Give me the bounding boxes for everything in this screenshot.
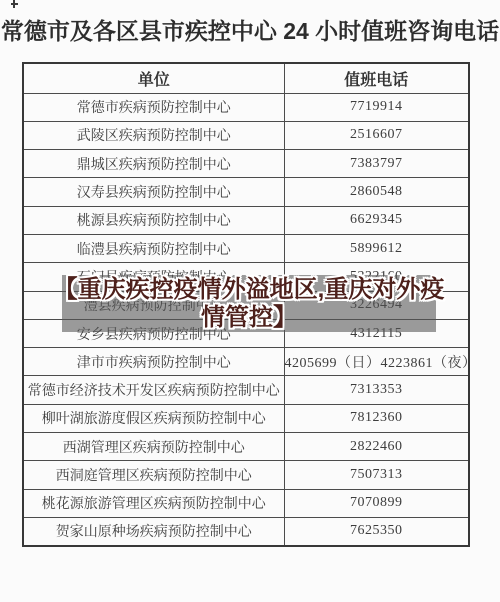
unit-cell: 西湖管理区疾病预防控制中心 [23,433,284,461]
table-row: 常德市疾病预防控制中心 7719914 [23,93,469,121]
column-header-phone: 值班电话 [284,63,469,93]
table-row: 汉寿县疾病预防控制中心 2860548 [23,178,469,206]
table-row: 柳叶湖旅游度假区疾病预防控制中心 7812360 [23,404,469,432]
unit-cell: 津市市疾病预防控制中心 [23,348,284,376]
watermark-caption-overlay: 【重庆疾控疫情外溢地区,重庆对外疫 情管控】 [62,275,436,332]
table-row: 西湖管理区疾病预防控制中心 2822460 [23,433,469,461]
table-row: 贺家山原种场疾病预防控制中心 7625350 [23,517,469,545]
table-header-row: 单位 值班电话 [23,63,469,93]
phone-cell: 2860548 [284,178,469,206]
table-row: 临澧县疾病预防控制中心 5899612 [23,234,469,262]
phone-cell: 4205699（日）4223861（夜） [284,348,469,376]
unit-cell: 西洞庭管理区疾病预防控制中心 [23,461,284,489]
table-row: 西洞庭管理区疾病预防控制中心 7507313 [23,461,469,489]
table-row: 桃源县疾病预防控制中心 6629345 [23,206,469,234]
phone-cell: 7719914 [284,93,469,121]
unit-cell: 常德市疾病预防控制中心 [23,93,284,121]
phone-cell: 7383797 [284,150,469,178]
unit-cell: 汉寿县疾病预防控制中心 [23,178,284,206]
unit-cell: 常德市经济技术开发区疾病预防控制中心 [23,376,284,404]
unit-cell: 桃源县疾病预防控制中心 [23,206,284,234]
page-title: 常德市及各区县市疾控中心 24 小时值班咨询电话 [0,13,500,46]
phone-cell: 7812360 [284,404,469,432]
table-row: 津市市疾病预防控制中心 4205699（日）4223861（夜） [23,348,469,376]
phone-cell: 2516607 [284,121,469,149]
phone-cell: 2822460 [284,433,469,461]
unit-cell: 临澧县疾病预防控制中心 [23,234,284,262]
table-row: 鼎城区疾病预防控制中心 7383797 [23,150,469,178]
watermark-caption-line1: 【重庆疾控疫情外溢地区,重庆对外疫 [54,276,445,304]
phone-cell: 7507313 [284,461,469,489]
unit-cell: 武陵区疾病预防控制中心 [23,121,284,149]
table-row: 桃花源旅游管理区疾病预防控制中心 7070899 [23,489,469,517]
unit-cell: 桃花源旅游管理区疾病预防控制中心 [23,489,284,517]
phone-cell: 7070899 [284,489,469,517]
column-header-unit: 单位 [23,63,284,93]
phone-cell: 7625350 [284,517,469,545]
unit-cell: 贺家山原种场疾病预防控制中心 [23,517,284,545]
phone-cell: 6629345 [284,206,469,234]
document-page: 常德市及各区县市疾控中心 24 小时值班咨询电话 单位 值班电话 常德市疾病预防… [0,0,500,602]
phone-cell: 5899612 [284,234,469,262]
table-row: 常德市经济技术开发区疾病预防控制中心 7313353 [23,376,469,404]
unit-cell: 鼎城区疾病预防控制中心 [23,150,284,178]
watermark-caption-line2: 情管控】 [201,304,297,332]
crop-mark-icon [11,0,18,8]
phone-cell: 7313353 [284,376,469,404]
table-row: 武陵区疾病预防控制中心 2516607 [23,121,469,149]
unit-cell: 柳叶湖旅游度假区疾病预防控制中心 [23,404,284,432]
